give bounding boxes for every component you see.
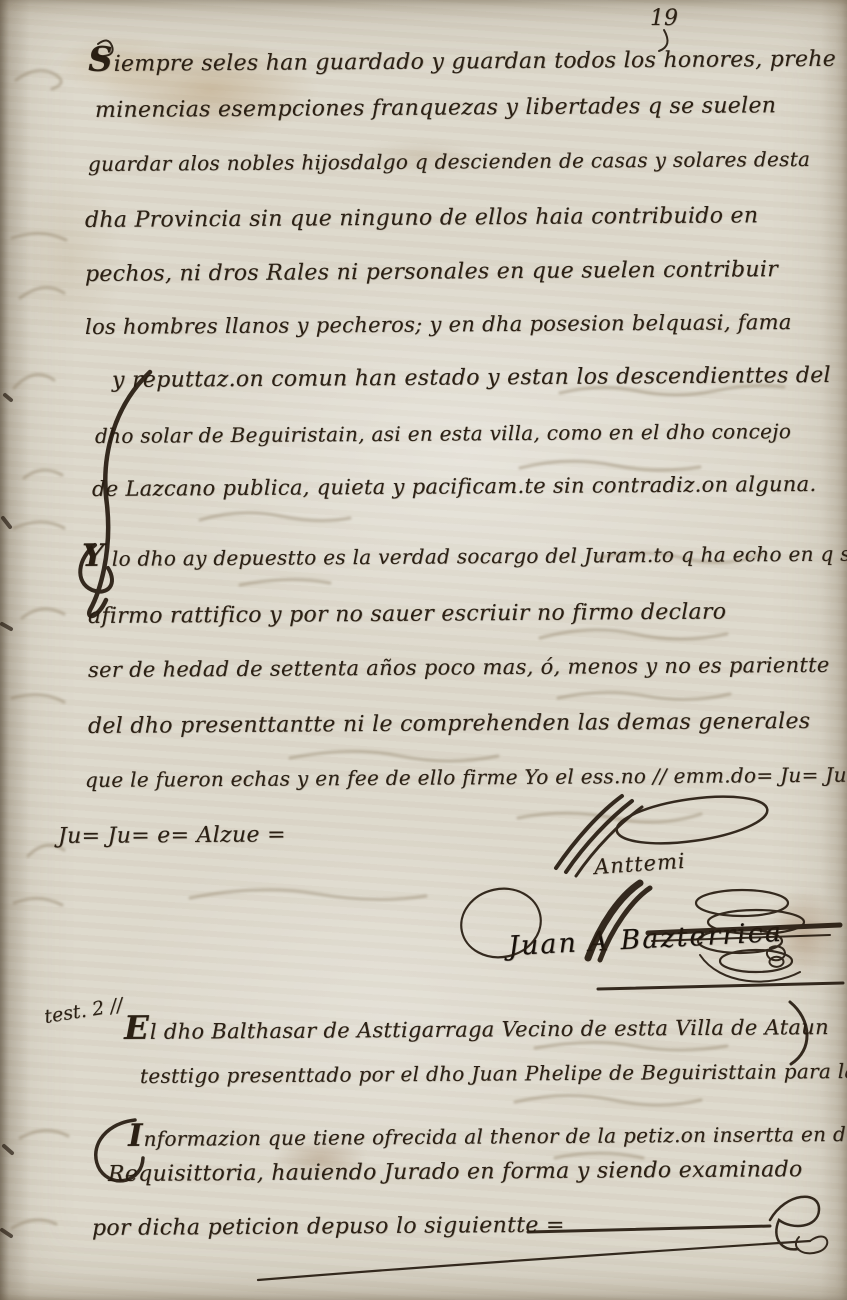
folio-number: 19 [650,6,678,31]
witness-margin-note: test. 2 // [43,994,125,1028]
deposition-line: pechos, ni dros Rales ni personales en q… [85,257,778,287]
deposition-line: y reputtaz.on comun han estado y estan l… [112,363,831,393]
witness-line: Informazion que tiene ofrecida al thenor… [128,1113,847,1154]
signature-flourish-layer [0,0,847,1300]
witness-line: por dicha peticion depuso lo siguientte … [92,1213,565,1241]
ante-mi-note: Anttemi [593,849,686,879]
witness-line: Requisittoria, hauiendo Jurado en forma … [108,1157,803,1187]
deposition-line: dho solar de Beguiristain, asi en esta v… [95,419,791,448]
manuscript-page: 19 Siempre seles han guardado y guardan … [0,0,847,1300]
witness-line: testtigo presenttado por el dho Juan Phe… [140,1059,847,1088]
deposition-line: Y lo dho ay depuestto es la verdad socar… [82,533,847,574]
deposition-line: del dho presenttantte ni le comprehenden… [88,709,811,739]
deposition-line: Siempre seles han guardado y guardan tod… [88,35,836,80]
ghost-writing-layer [0,0,847,1300]
witness-line: El dho Balthasar de Asttigarraga Vecino … [124,1003,829,1047]
deposition-line: que le fueron echas y en fee de ello fir… [85,763,847,792]
notary-signature: Juan A Bazterrica [507,917,783,962]
deposition-line: dha Provincia sin que ninguno de ellos h… [85,203,758,233]
deposition-line: de Lazcano publica, quieta y pacificam.t… [92,472,817,501]
deposition-line: minencias esempciones franquezas y liber… [95,93,776,123]
deposition-line: Ju= Ju= e= Alzue = [58,822,286,849]
deposition-line: afirmo rattifico y por no sauer escriuir… [88,600,726,629]
deposition-line: ser de hedad de settenta años poco mas, … [88,653,830,682]
deposition-line: guardar alos nobles hijosdalgo q descien… [88,147,810,176]
deposition-line: los hombres llanos y pecheros; y en dha … [85,310,792,339]
